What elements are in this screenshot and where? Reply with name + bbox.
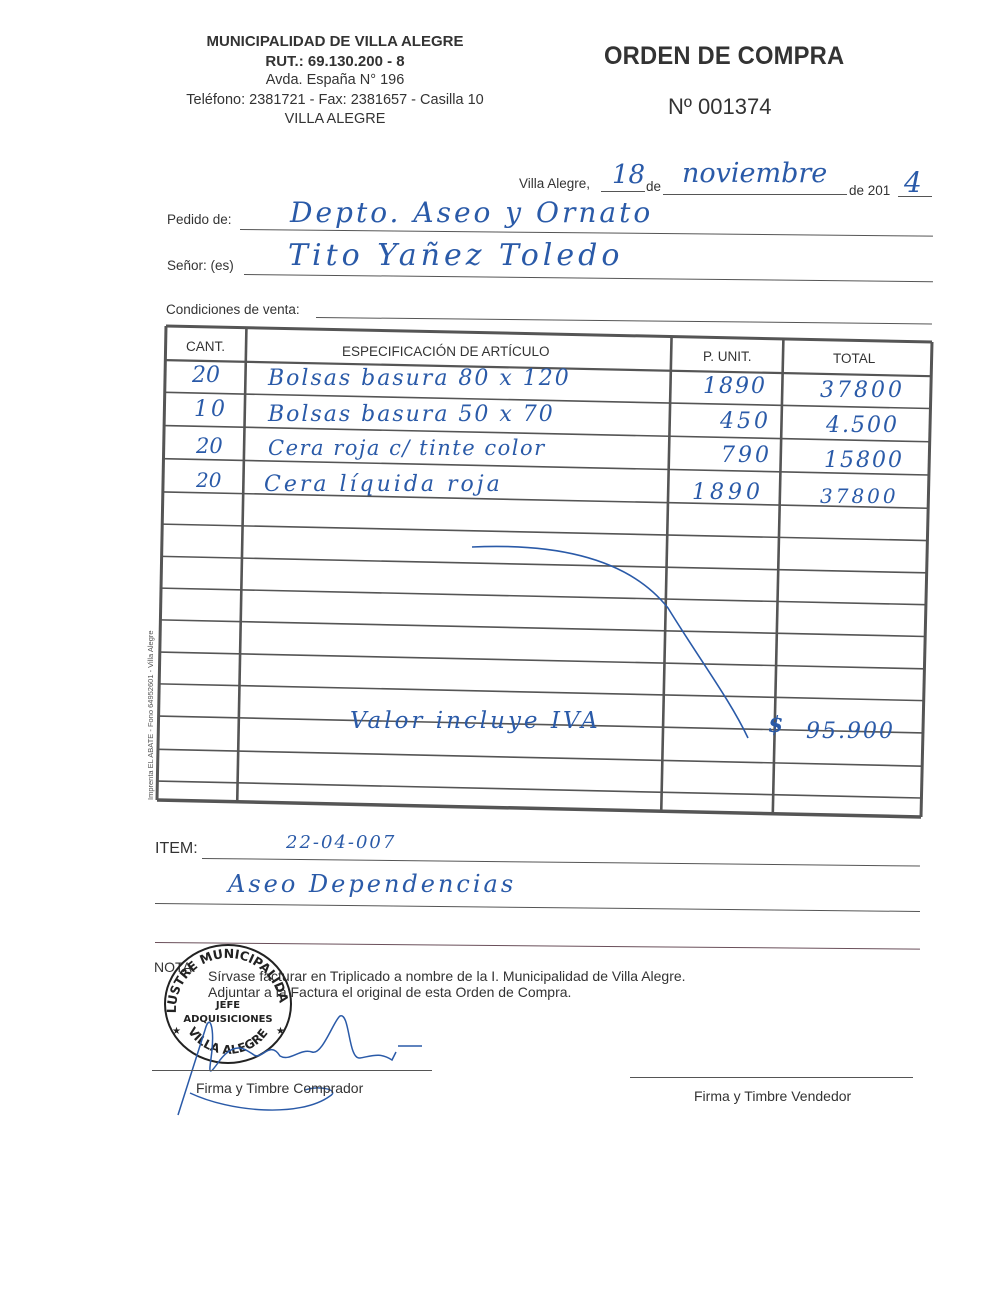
- buyer-signature-scribble: [0, 0, 1002, 1292]
- buyer-signature-label: Firma y Timbre Comprador: [196, 1080, 363, 1096]
- buyer-signature-line: [152, 1070, 432, 1071]
- seller-signature-line: [630, 1077, 913, 1078]
- seller-signature-label: Firma y Timbre Vendedor: [694, 1088, 851, 1104]
